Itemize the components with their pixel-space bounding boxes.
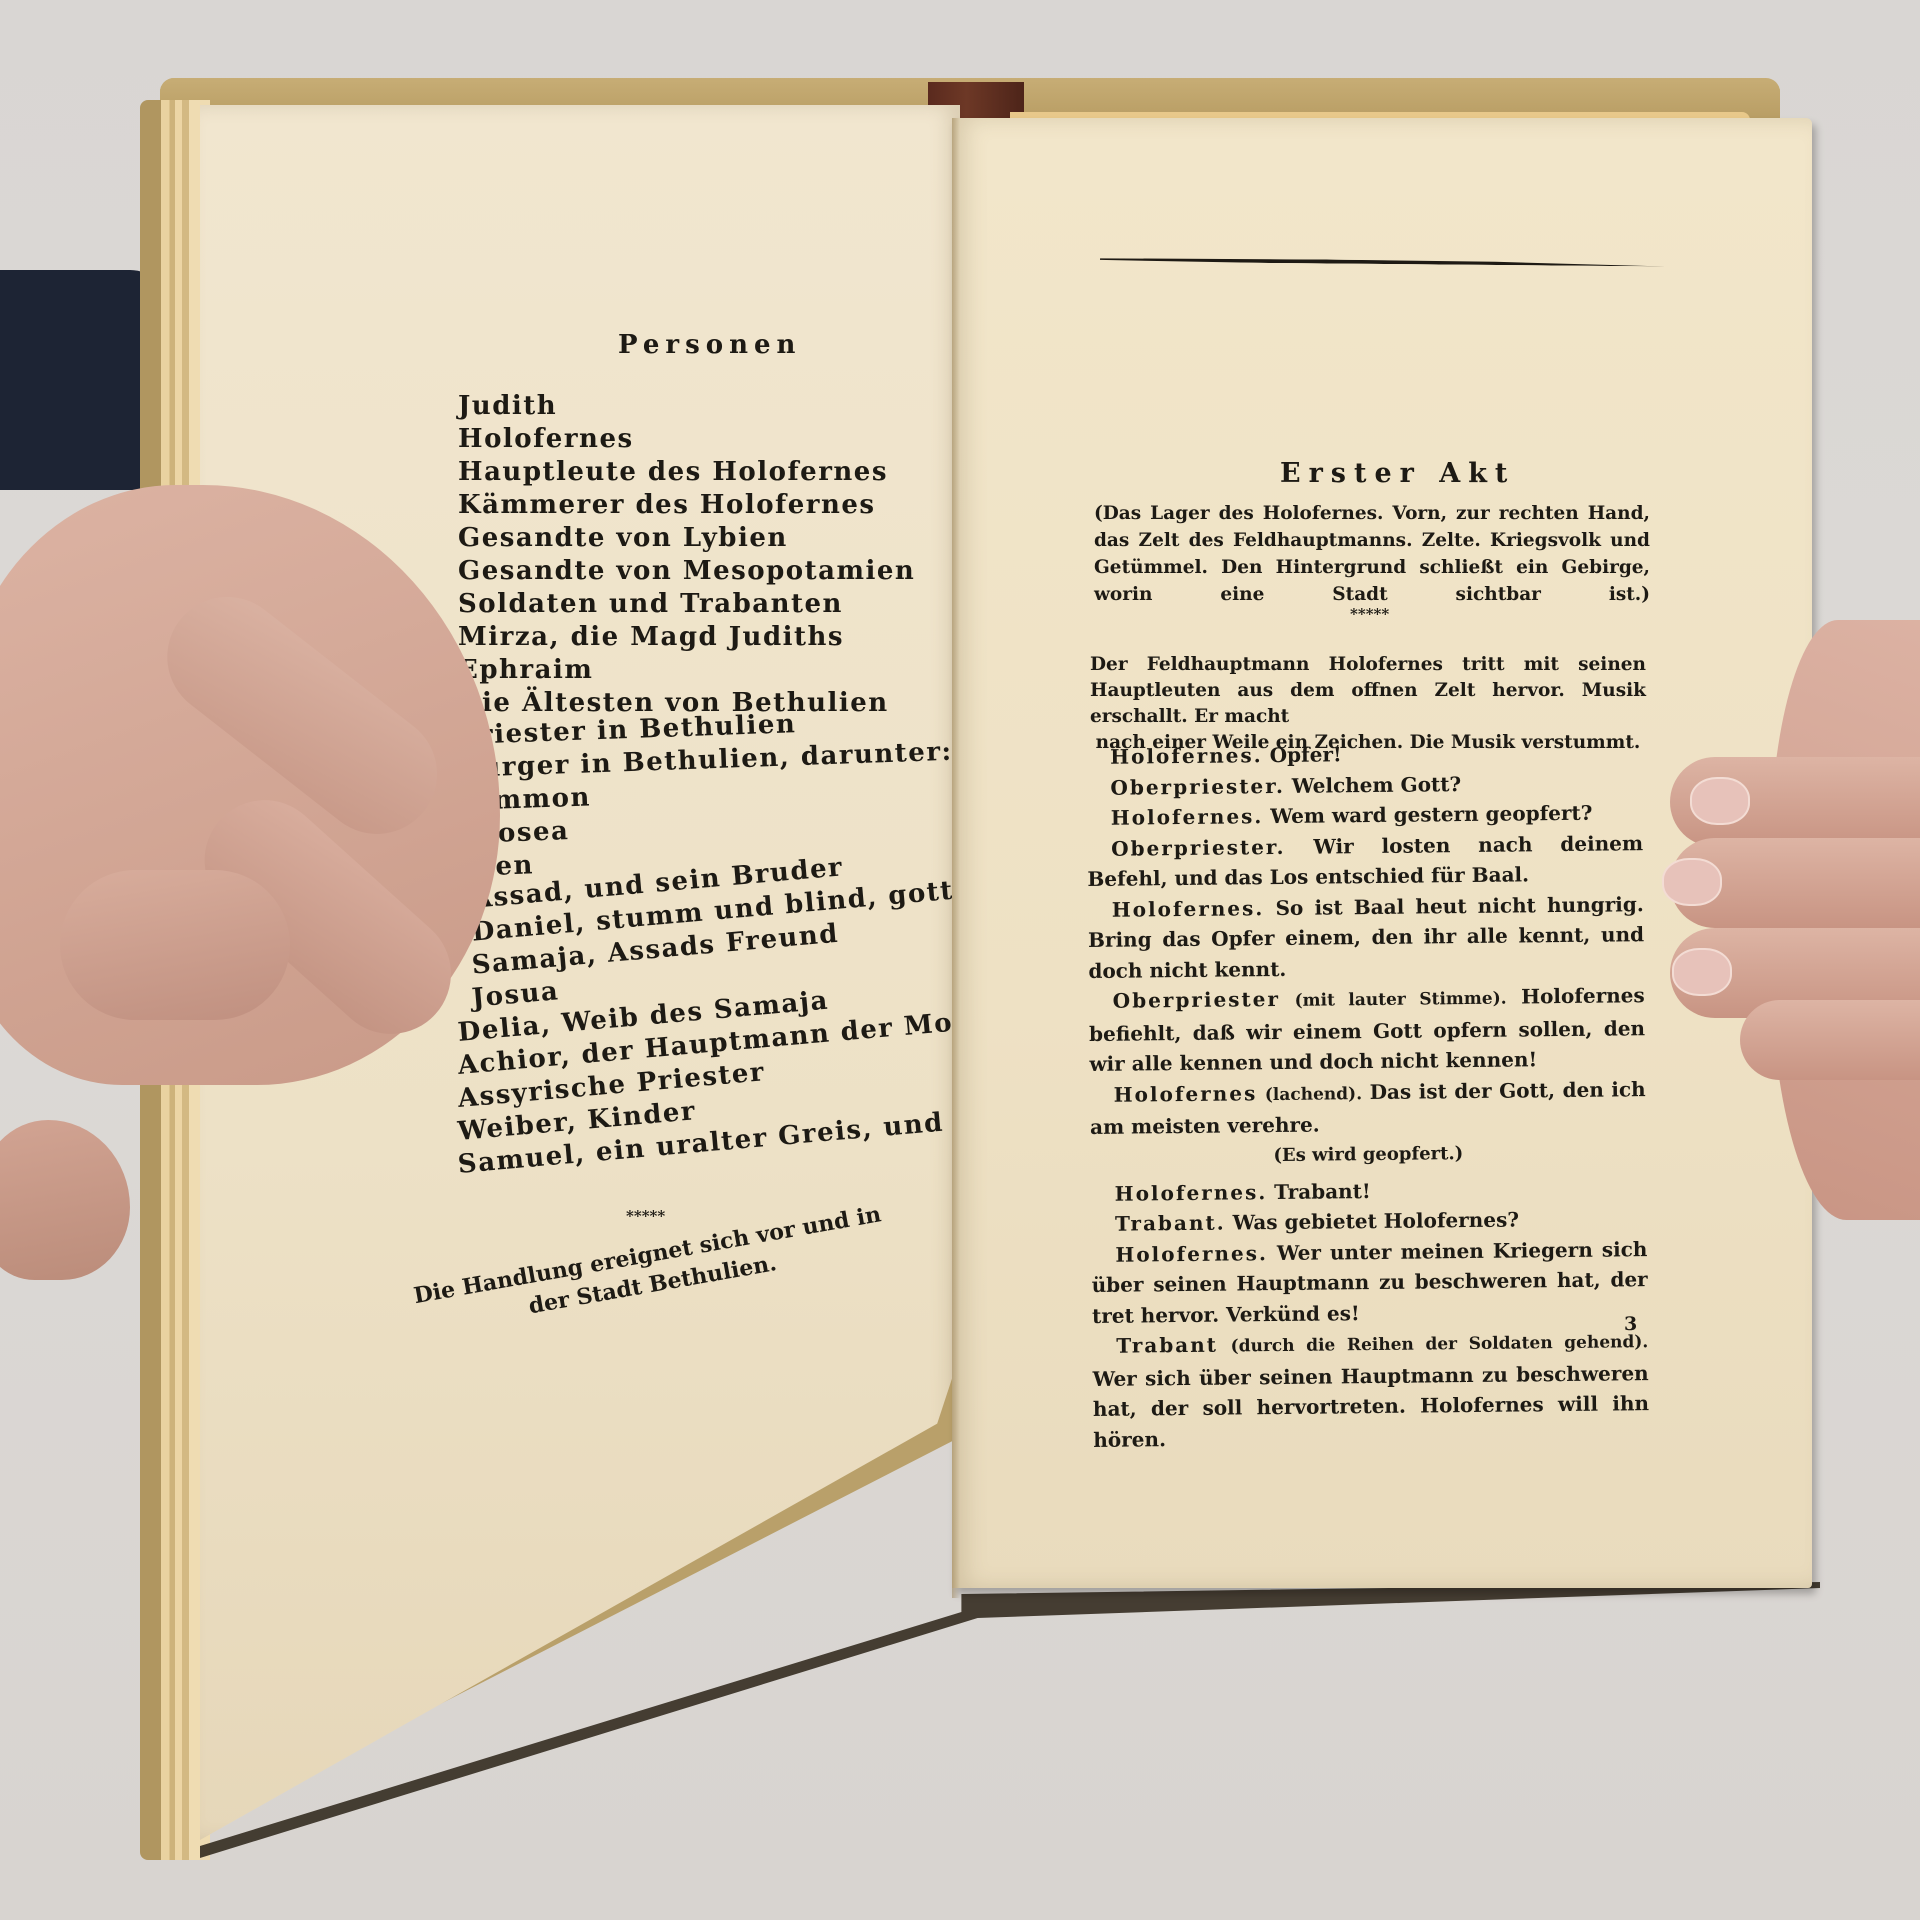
speaker-name: Holofernes. bbox=[1115, 1241, 1268, 1267]
cast-member: Hauptleute des Holofernes bbox=[458, 456, 938, 489]
dialogue-line: Trabant (durch die Reihen der Soldaten g… bbox=[1092, 1325, 1649, 1455]
speaker-name: Holofernes bbox=[1114, 1081, 1258, 1107]
dialogue: Holofernes. Opfer!Oberpriester. Welchem … bbox=[1086, 736, 1649, 1455]
stage-direction: (lachend). bbox=[1265, 1084, 1362, 1105]
spoken-text: Opfer! bbox=[1270, 742, 1342, 767]
speaker-name: Oberpriester. bbox=[1111, 834, 1286, 860]
cast-member: Judith bbox=[458, 390, 938, 423]
speaker-name: Holofernes. bbox=[1115, 1180, 1268, 1206]
dialogue-line: Oberpriester. Wir losten nach deinem Bef… bbox=[1087, 828, 1644, 895]
spoken-text: Was gebietet Holofernes? bbox=[1232, 1207, 1519, 1234]
fingernail bbox=[1690, 777, 1750, 825]
cast-member: Kämmerer des Holofernes bbox=[458, 489, 938, 522]
spoken-text: Trabant! bbox=[1274, 1179, 1371, 1204]
fingernail bbox=[1672, 948, 1732, 996]
left-hand-thumb bbox=[0, 1120, 130, 1280]
cast-member: Gesandte von Lybien bbox=[458, 522, 938, 555]
cast-member: Mirza, die Magd Judiths bbox=[458, 621, 938, 654]
stage-direction: (mit lauter Stimme). bbox=[1294, 989, 1506, 1011]
speaker-name: Holofernes. bbox=[1111, 804, 1264, 830]
dialogue-line: Holofernes (lachend). Das ist der Gott, … bbox=[1090, 1074, 1647, 1143]
right-hand-thumb bbox=[1670, 757, 1920, 847]
stage-direction: (durch die Reihen der Soldaten gehend). bbox=[1231, 1332, 1649, 1356]
cast-heading: Personen bbox=[618, 330, 801, 360]
fingernail bbox=[1662, 858, 1722, 906]
speaker-name: Oberpriester. bbox=[1110, 773, 1285, 799]
book-gutter bbox=[952, 118, 960, 1598]
dialogue-line: Oberpriester (mit lauter Stimme). Holofe… bbox=[1089, 980, 1646, 1079]
cast-member: Holofernes bbox=[458, 423, 938, 456]
act-title: Erster Akt bbox=[1280, 458, 1515, 489]
cast-member: Ephraim bbox=[458, 654, 938, 687]
cast-member: Gesandte von Mesopotamien bbox=[458, 555, 938, 588]
speaker-name: Oberpriester bbox=[1113, 987, 1281, 1013]
spoken-text: Wem ward gestern geopfert? bbox=[1270, 801, 1592, 828]
speaker-name: Holofernes. bbox=[1110, 743, 1263, 769]
cast-member: Soldaten und Trabanten bbox=[458, 588, 938, 621]
dialogue-line: Holofernes. Wer unter meinen Kriegern si… bbox=[1091, 1234, 1648, 1331]
left-hand-ring-finger bbox=[60, 870, 290, 1020]
speaker-name: Holofernes. bbox=[1112, 896, 1265, 922]
spoken-text: Wer sich über seinen Hauptmann zu beschw… bbox=[1093, 1361, 1650, 1452]
stage-direction-center: (Es wird geopfert.) bbox=[1090, 1137, 1646, 1179]
photo-scene: Personen JudithHolofernesHauptleute des … bbox=[0, 0, 1920, 1920]
speaker-name: Trabant bbox=[1116, 1333, 1218, 1358]
entrance-main: Der Feldhauptmann Holofernes tritt mit s… bbox=[1090, 654, 1646, 727]
separator-stars: ***** bbox=[626, 1207, 665, 1225]
right-hand-finger-1 bbox=[1670, 838, 1920, 928]
right-hand-finger-3 bbox=[1740, 1000, 1920, 1080]
spoken-text: Welchem Gott? bbox=[1292, 772, 1462, 798]
speaker-name: Trabant. bbox=[1115, 1211, 1226, 1236]
page-number: 3 bbox=[1624, 1313, 1637, 1335]
dialogue-line: Holofernes. So ist Baal heut nicht hungr… bbox=[1088, 889, 1645, 986]
cast-list: JudithHolofernesHauptleute des Holoferne… bbox=[458, 390, 938, 1182]
separator-stars-right: ***** bbox=[1350, 605, 1389, 623]
